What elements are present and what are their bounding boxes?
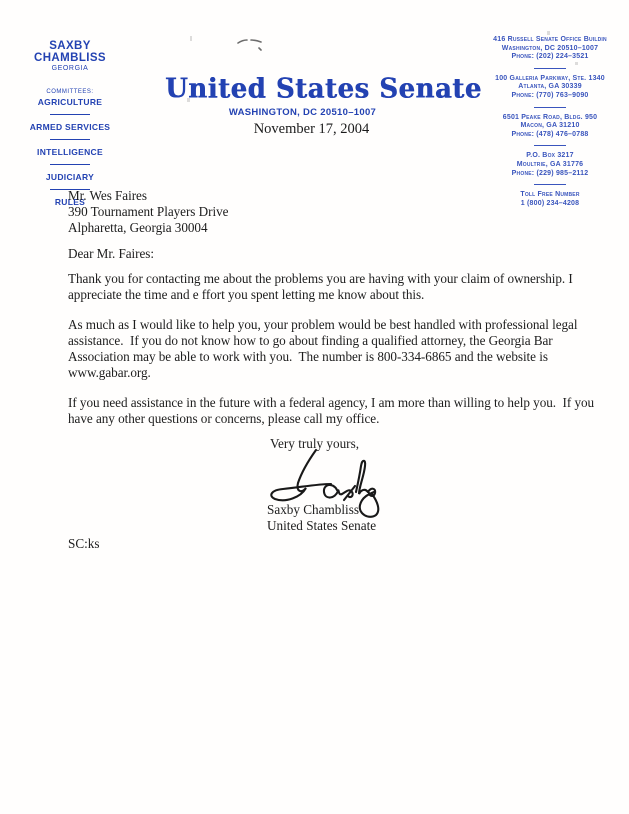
office-block-washington: 416 Russell Senate Office Buildin Washin… — [468, 36, 629, 62]
recipient-address: Mr. Wes Faires 390 Tournament Players Dr… — [68, 188, 603, 236]
paragraph: If you need assistance in the future wit… — [68, 395, 603, 427]
signer-name: Saxby Chambliss — [267, 502, 376, 518]
office-line: Washington, DC 20510–1007 — [468, 45, 629, 54]
letter-body: Thank you for contacting me about the pr… — [68, 271, 603, 442]
masthead: United States Senate WASHINGTON, DC 2051… — [165, 74, 440, 138]
divider — [534, 107, 566, 108]
recipient-line: 390 Tournament Players Drive — [68, 204, 603, 220]
office-block-moultrie: P.O. Box 3217 Moultrie, GA 31776 Phone: … — [468, 152, 629, 178]
committee-item: JUDICIARY — [12, 172, 128, 182]
scan-speck — [190, 36, 192, 41]
paragraph: Thank you for contacting me about the pr… — [68, 271, 603, 303]
committee-item: AGRICULTURE — [12, 97, 128, 107]
divider — [534, 145, 566, 146]
letterhead-office-list: 416 Russell Senate Office Buildin Washin… — [468, 36, 629, 208]
senator-state: GEORGIA — [12, 65, 128, 72]
signature-block: Saxby Chambliss United States Senate — [267, 502, 376, 534]
office-line: 416 Russell Senate Office Buildin — [468, 36, 629, 45]
typist-reference: SC:ks — [68, 536, 100, 552]
office-line: P.O. Box 3217 — [468, 152, 629, 161]
office-line: Macon, GA 31210 — [468, 122, 629, 131]
recipient-line: Alpharetta, Georgia 30004 — [68, 220, 603, 236]
scan-speck — [547, 31, 550, 35]
office-line: Phone: (770) 763–9090 — [468, 92, 629, 101]
committee-item: INTELLIGENCE — [12, 147, 128, 157]
salutation: Dear Mr. Faires: — [68, 246, 603, 262]
scan-speck — [575, 62, 578, 65]
office-line: 6501 Peake Road, Bldg. 950 — [468, 114, 629, 123]
scanned-letter-page: SAXBY CHAMBLISS GEORGIA COMMITTEES: AGRI… — [0, 0, 629, 814]
committee-item: ARMED SERVICES — [12, 122, 128, 132]
divider — [50, 164, 90, 165]
divider — [534, 68, 566, 69]
divider — [534, 184, 566, 185]
office-block-macon: 6501 Peake Road, Bldg. 950 Macon, GA 312… — [468, 114, 629, 140]
senate-title: United States Senate — [165, 73, 440, 104]
office-line: Atlanta, GA 30339 — [468, 83, 629, 92]
paragraph: As much as I would like to help you, you… — [68, 317, 603, 381]
scan-speck — [187, 98, 190, 102]
letter-date: November 17, 2004 — [165, 121, 440, 138]
recipient-line: Mr. Wes Faires — [68, 188, 603, 204]
office-block-atlanta: 100 Galleria Parkway, Ste. 1340 Atlanta,… — [468, 75, 629, 101]
divider — [50, 139, 90, 140]
office-line: Phone: (478) 476–0788 — [468, 131, 629, 140]
office-line: Phone: (202) 224–3521 — [468, 53, 629, 62]
office-line: 100 Galleria Parkway, Ste. 1340 — [468, 75, 629, 84]
masthead-address: WASHINGTON, DC 20510–1007 — [165, 107, 440, 118]
office-line: Phone: (229) 985–2112 — [468, 170, 629, 179]
senator-name: SAXBY CHAMBLISS — [12, 40, 128, 64]
office-line: Moultrie, GA 31776 — [468, 161, 629, 170]
divider — [50, 114, 90, 115]
letterhead-left-column: SAXBY CHAMBLISS GEORGIA COMMITTEES: AGRI… — [12, 40, 128, 207]
signer-title: United States Senate — [267, 518, 376, 534]
pen-smudge-artifact — [225, 30, 285, 56]
committees-label: COMMITTEES: — [12, 89, 128, 95]
